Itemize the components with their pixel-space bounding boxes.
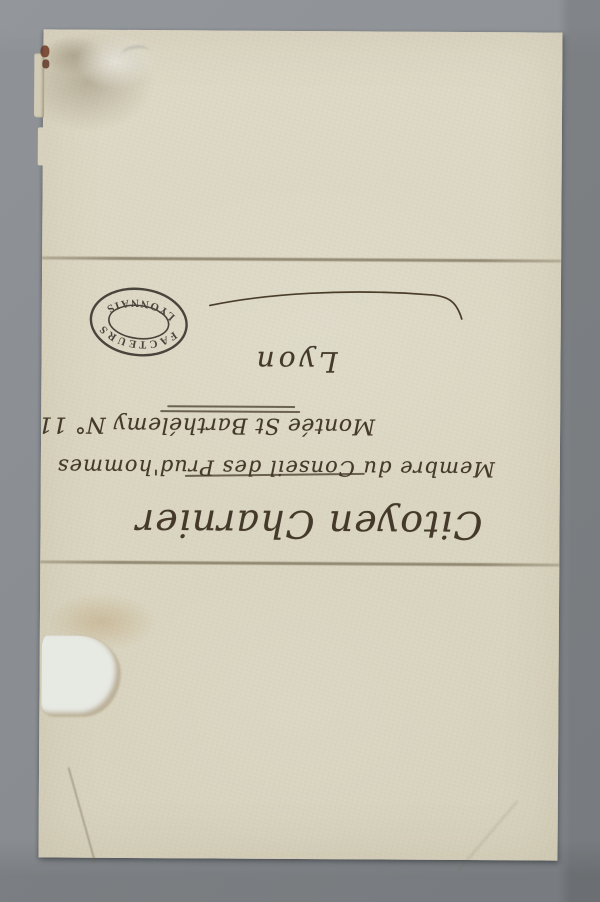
wax-seal-remnant-small [42, 59, 49, 68]
diagonal-crease-bottom-right [457, 800, 518, 871]
city-underline-flourish [206, 285, 466, 323]
fold-crease-top [42, 256, 561, 262]
address-block-rotated: Citoyen Charnier Membre du Conseil des P… [34, 286, 506, 551]
pencil-ghost-mark [121, 44, 151, 62]
address-line-city: Lyon [253, 345, 338, 379]
fold-crease-bottom [40, 560, 559, 566]
letter-sheet: FACTEURS LYONNAIS Citoyen Charnier Membr… [38, 29, 562, 860]
torn-paper-tab-lower [38, 127, 44, 165]
diagonal-crease-bottom-left [68, 767, 96, 862]
address-line-recipient: Citoyen Charnier [135, 501, 483, 547]
underline-street-2 [167, 406, 295, 408]
scan-backdrop: FACTEURS LYONNAIS Citoyen Charnier Membr… [0, 0, 600, 902]
address-line-street: Montée St Barthélemy N° 11 [38, 411, 375, 438]
torn-white-patch [41, 635, 119, 715]
wax-seal-remnant [40, 45, 49, 57]
address-line-title: Membre du Conseil des Prud'hommes [57, 455, 495, 482]
